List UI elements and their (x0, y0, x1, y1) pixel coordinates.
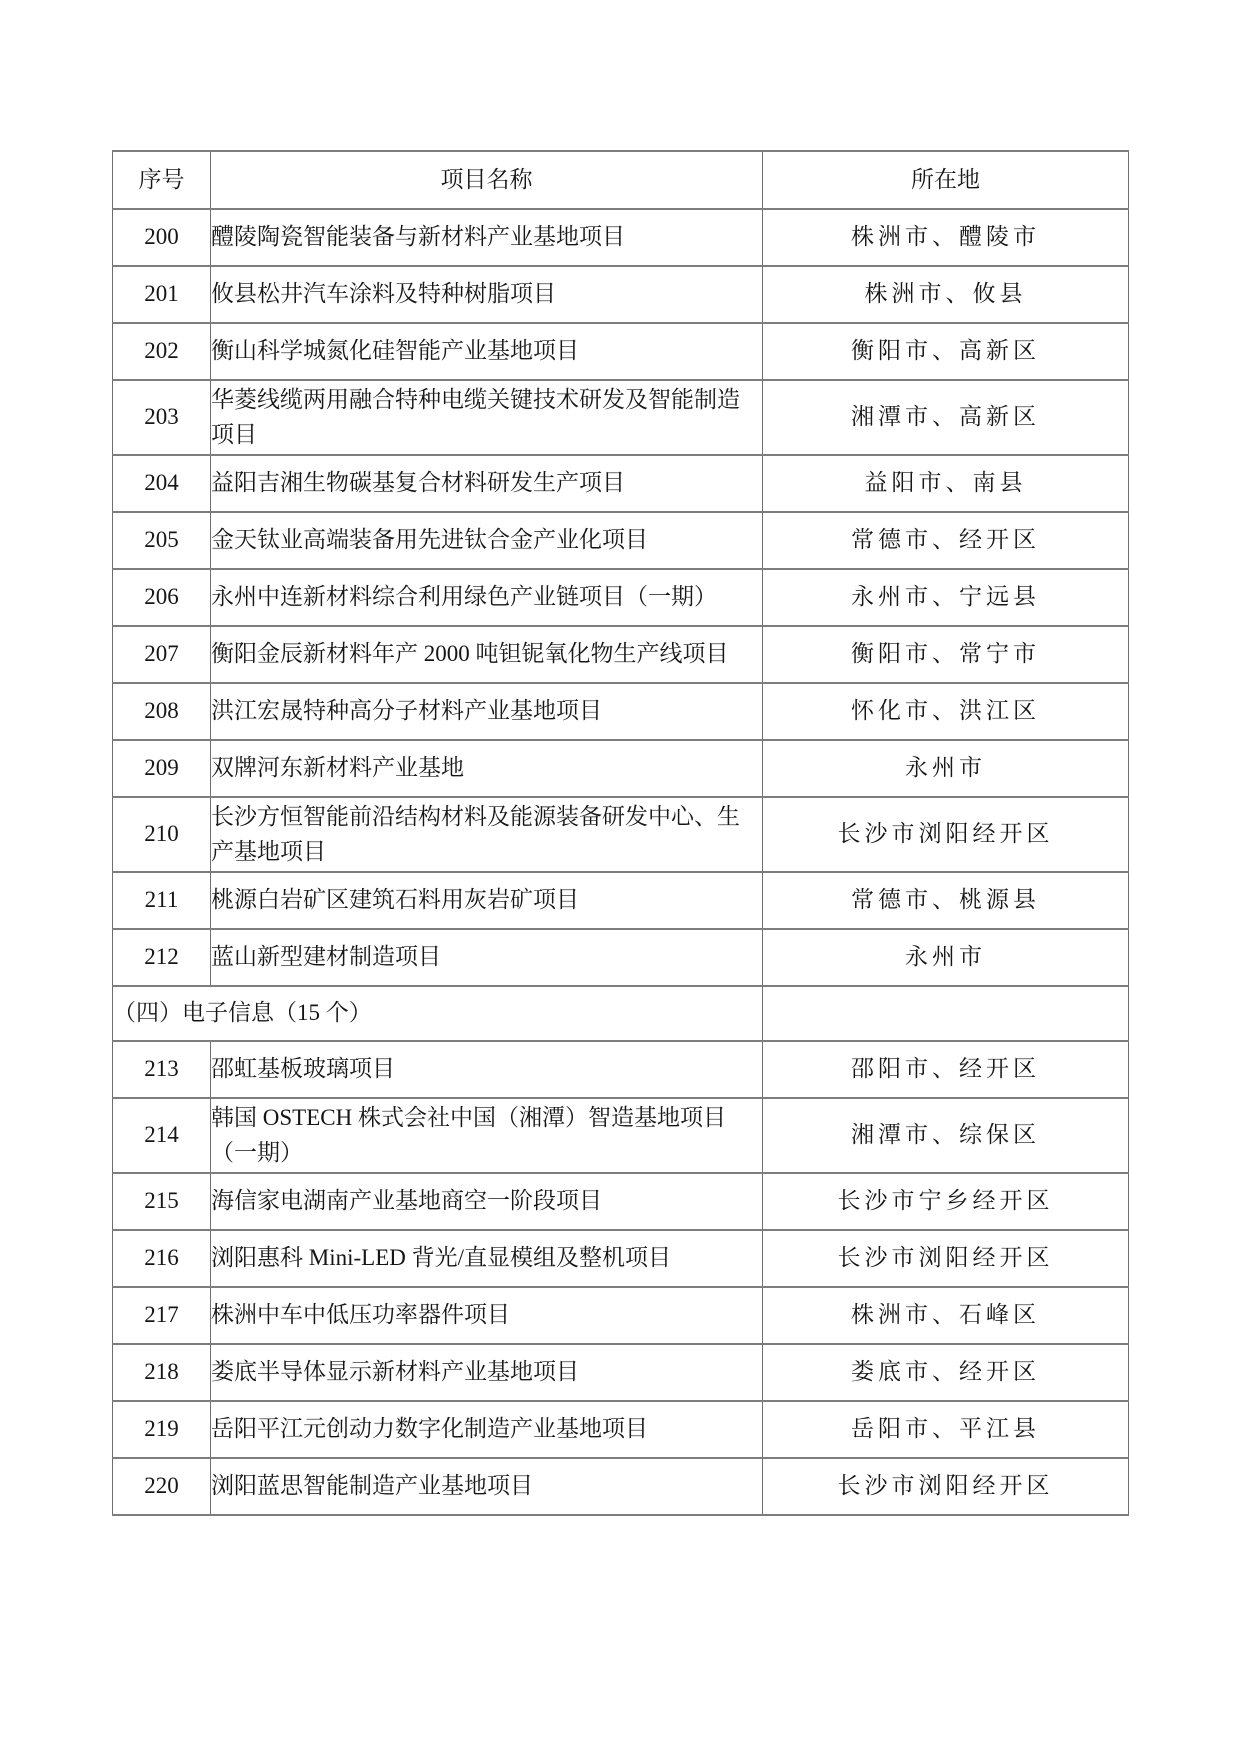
project-name: 金天钛业高端装备用先进钛合金产业化项目 (211, 512, 763, 569)
project-name: 攸县松井汽车涂料及特种树脂项目 (211, 266, 763, 323)
row-no: 217 (113, 1287, 211, 1344)
table-row: 216 浏阳惠科 Mini-LED 背光/直显模组及整机项目 长沙市浏阳经开区 (113, 1230, 1129, 1287)
project-name: 醴陵陶瓷智能装备与新材料产业基地项目 (211, 209, 763, 266)
table-row: 208 洪江宏晟特种高分子材料产业基地项目 怀化市、洪江区 (113, 683, 1129, 740)
location: 长沙市宁乡经开区 (763, 1173, 1129, 1230)
table-row: 207 衡阳金辰新材料年产 2000 吨钽铌氧化物生产线项目 衡阳市、常宁市 (113, 626, 1129, 683)
project-name: 永州中连新材料综合利用绿色产业链项目（一期） (211, 569, 763, 626)
table-row: 205 金天钛业高端装备用先进钛合金产业化项目 常德市、经开区 (113, 512, 1129, 569)
row-no: 208 (113, 683, 211, 740)
table-row: 206 永州中连新材料综合利用绿色产业链项目（一期） 永州市、宁远县 (113, 569, 1129, 626)
location: 湘潭市、综保区 (763, 1098, 1129, 1173)
row-no: 216 (113, 1230, 211, 1287)
row-no: 203 (113, 380, 211, 455)
table-row: 218 娄底半导体显示新材料产业基地项目 娄底市、经开区 (113, 1344, 1129, 1401)
location: 株洲市、石峰区 (763, 1287, 1129, 1344)
row-no: 202 (113, 323, 211, 380)
project-name: 浏阳蓝思智能制造产业基地项目 (211, 1458, 763, 1515)
row-no: 219 (113, 1401, 211, 1458)
location: 永州市 (763, 740, 1129, 797)
table-row: 209 双牌河东新材料产业基地 永州市 (113, 740, 1129, 797)
row-no: 209 (113, 740, 211, 797)
section-title: （四）电子信息（15 个） (113, 986, 763, 1041)
row-no: 211 (113, 872, 211, 929)
location: 邵阳市、经开区 (763, 1041, 1129, 1098)
project-name: 邵虹基板玻璃项目 (211, 1041, 763, 1098)
document-page: 序号 项目名称 所在地 200 醴陵陶瓷智能装备与新材料产业基地项目 株洲市、醴… (0, 0, 1240, 1753)
row-no: 205 (113, 512, 211, 569)
row-no: 215 (113, 1173, 211, 1230)
section-row: （四）电子信息（15 个） (113, 986, 1129, 1041)
project-name: 株洲中车中低压功率器件项目 (211, 1287, 763, 1344)
location: 株洲市、醴陵市 (763, 209, 1129, 266)
location: 湘潭市、高新区 (763, 380, 1129, 455)
project-name: 娄底半导体显示新材料产业基地项目 (211, 1344, 763, 1401)
location: 常德市、桃源县 (763, 872, 1129, 929)
table-row: 220 浏阳蓝思智能制造产业基地项目 长沙市浏阳经开区 (113, 1458, 1129, 1515)
location: 衡阳市、常宁市 (763, 626, 1129, 683)
row-no: 214 (113, 1098, 211, 1173)
table-row: 215 海信家电湖南产业基地商空一阶段项目 长沙市宁乡经开区 (113, 1173, 1129, 1230)
project-name: 海信家电湖南产业基地商空一阶段项目 (211, 1173, 763, 1230)
project-name: 岳阳平江元创动力数字化制造产业基地项目 (211, 1401, 763, 1458)
location: 衡阳市、高新区 (763, 323, 1129, 380)
project-name: 桃源白岩矿区建筑石料用灰岩矿项目 (211, 872, 763, 929)
table-row: 219 岳阳平江元创动力数字化制造产业基地项目 岳阳市、平江县 (113, 1401, 1129, 1458)
table-row: 201 攸县松井汽车涂料及特种树脂项目 株洲市、攸县 (113, 266, 1129, 323)
projects-table: 序号 项目名称 所在地 200 醴陵陶瓷智能装备与新材料产业基地项目 株洲市、醴… (112, 150, 1129, 1516)
project-name: 华菱线缆两用融合特种电缆关键技术研发及智能制造项目 (211, 380, 763, 455)
header-location: 所在地 (763, 151, 1129, 209)
project-name: 长沙方恒智能前沿结构材料及能源装备研发中心、生产基地项目 (211, 797, 763, 872)
row-no: 204 (113, 455, 211, 512)
location: 益阳市、南县 (763, 455, 1129, 512)
project-name: 衡阳金辰新材料年产 2000 吨钽铌氧化物生产线项目 (211, 626, 763, 683)
row-no: 210 (113, 797, 211, 872)
table-row: 203 华菱线缆两用融合特种电缆关键技术研发及智能制造项目 湘潭市、高新区 (113, 380, 1129, 455)
project-name: 浏阳惠科 Mini-LED 背光/直显模组及整机项目 (211, 1230, 763, 1287)
table-row: 214 韩国 OSTECH 株式会社中国（湘潭）智造基地项目（一期） 湘潭市、综… (113, 1098, 1129, 1173)
project-name: 韩国 OSTECH 株式会社中国（湘潭）智造基地项目（一期） (211, 1098, 763, 1173)
location: 怀化市、洪江区 (763, 683, 1129, 740)
project-name: 衡山科学城氮化硅智能产业基地项目 (211, 323, 763, 380)
table-row: 212 蓝山新型建材制造项目 永州市 (113, 929, 1129, 986)
row-no: 220 (113, 1458, 211, 1515)
location: 永州市 (763, 929, 1129, 986)
project-name: 双牌河东新材料产业基地 (211, 740, 763, 797)
header-project-name: 项目名称 (211, 151, 763, 209)
table-row: 210 长沙方恒智能前沿结构材料及能源装备研发中心、生产基地项目 长沙市浏阳经开… (113, 797, 1129, 872)
table-row: 217 株洲中车中低压功率器件项目 株洲市、石峰区 (113, 1287, 1129, 1344)
table-row: 200 醴陵陶瓷智能装备与新材料产业基地项目 株洲市、醴陵市 (113, 209, 1129, 266)
table-row: 213 邵虹基板玻璃项目 邵阳市、经开区 (113, 1041, 1129, 1098)
row-no: 207 (113, 626, 211, 683)
location: 长沙市浏阳经开区 (763, 1230, 1129, 1287)
project-name: 蓝山新型建材制造项目 (211, 929, 763, 986)
location: 常德市、经开区 (763, 512, 1129, 569)
location: 娄底市、经开区 (763, 1344, 1129, 1401)
location: 永州市、宁远县 (763, 569, 1129, 626)
location: 长沙市浏阳经开区 (763, 1458, 1129, 1515)
location: 长沙市浏阳经开区 (763, 797, 1129, 872)
header-no: 序号 (113, 151, 211, 209)
project-name: 益阳吉湘生物碳基复合材料研发生产项目 (211, 455, 763, 512)
row-no: 206 (113, 569, 211, 626)
row-no: 212 (113, 929, 211, 986)
table-row: 211 桃源白岩矿区建筑石料用灰岩矿项目 常德市、桃源县 (113, 872, 1129, 929)
table-header-row: 序号 项目名称 所在地 (113, 151, 1129, 209)
row-no: 218 (113, 1344, 211, 1401)
row-no: 200 (113, 209, 211, 266)
location: 株洲市、攸县 (763, 266, 1129, 323)
row-no: 201 (113, 266, 211, 323)
project-name: 洪江宏晟特种高分子材料产业基地项目 (211, 683, 763, 740)
row-no: 213 (113, 1041, 211, 1098)
table-row: 202 衡山科学城氮化硅智能产业基地项目 衡阳市、高新区 (113, 323, 1129, 380)
location: 岳阳市、平江县 (763, 1401, 1129, 1458)
section-location-empty (763, 986, 1129, 1041)
table-row: 204 益阳吉湘生物碳基复合材料研发生产项目 益阳市、南县 (113, 455, 1129, 512)
